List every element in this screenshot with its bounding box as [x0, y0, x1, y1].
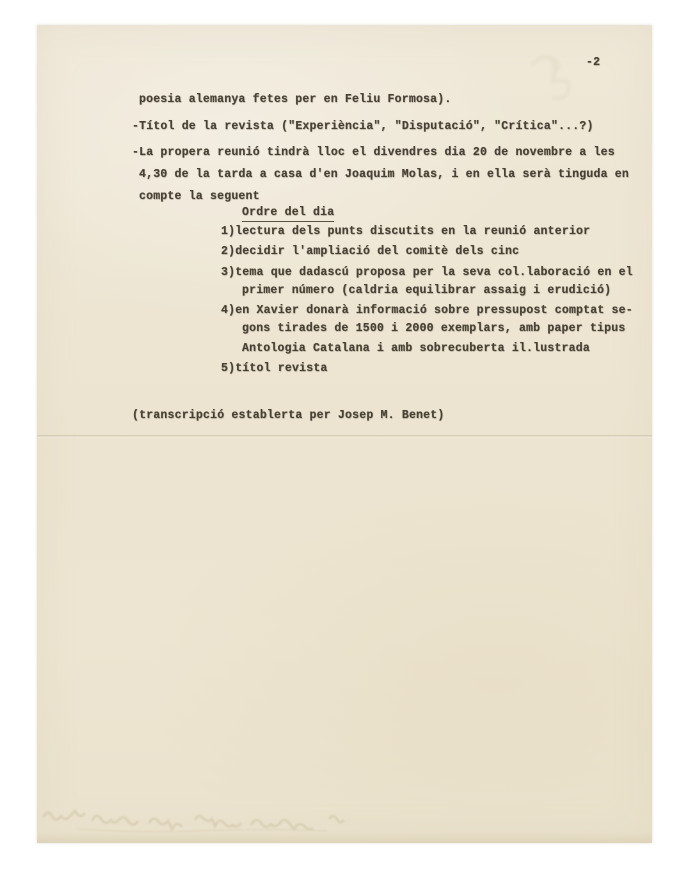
- intro-line: -La propera reunió tindrà lloc el divend…: [132, 146, 615, 160]
- agenda-line: Antologia Catalana i amb sobrecuberta il…: [242, 342, 590, 356]
- agenda-line: 3)tema que dadascú proposa per la seva c…: [221, 266, 633, 280]
- agenda-line: primer número (caldria equilibrar assaig…: [242, 284, 611, 298]
- agenda-line: 2)decidir l'ampliació del comitè dels ci…: [221, 245, 519, 259]
- agenda-line: 4)en Xavier donarà informació sobre pres…: [221, 304, 633, 318]
- typewritten-page: -2 poesia alemanya fetes per en Feliu Fo…: [37, 25, 652, 843]
- agenda-line: 5)títol revista: [221, 362, 328, 376]
- scanned-document: -2 poesia alemanya fetes per en Feliu Fo…: [0, 0, 686, 878]
- paper-bottom-shade: [37, 833, 652, 843]
- agenda-line: 1)lectura dels punts discutits en la reu…: [221, 225, 590, 239]
- intro-line: 4,30 de la tarda a casa d'en Joaquim Mol…: [139, 168, 629, 182]
- transcription-note: (transcripció establerta per Josep M. Be…: [132, 409, 444, 423]
- intro-line: poesia alemanya fetes per en Feliu Formo…: [139, 93, 451, 107]
- intro-line: -Títol de la revista ("Experiència", "Di…: [132, 120, 594, 134]
- intro-line: compte la seguent: [139, 190, 260, 204]
- fold-crease-line: [37, 435, 652, 438]
- agenda-heading: Ordre del dia: [242, 206, 334, 222]
- agenda-line: gons tirades de 1500 i 2000 exemplars, a…: [242, 322, 625, 336]
- page-number: -2: [586, 56, 600, 70]
- pencil-smudge: [492, 37, 602, 107]
